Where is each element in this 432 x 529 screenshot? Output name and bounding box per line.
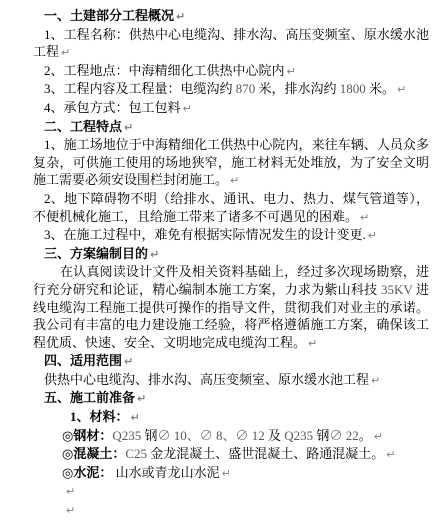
paragraph-project-scope-text: 3、工程内容及工程量：电缆沟约 bbox=[44, 81, 236, 96]
paragraph-project-scope: 3、工程内容及工程量：电缆沟约 870 米，排水沟约 1800 米。↵ bbox=[33, 80, 429, 99]
bullet-steel-text: 。 bbox=[359, 428, 372, 443]
paragraph-mark-icon: ↵ bbox=[220, 467, 231, 480]
bullet-steel: ◎钢材：Q235 钢∅ 10、∅ 8、∅ 12 及 Q235 钢∅ 22。↵ bbox=[33, 427, 429, 446]
paragraph-contract-mode: 4、承包方式：包工包料↵ bbox=[33, 99, 429, 118]
paragraph-feature-2: 2、地下障碍物不明（给排水、通讯、电力、热力、煤气管道等），不便机械化施工，且给… bbox=[33, 190, 429, 226]
paragraph-project-location-text: 2、工程地点：中海精细化工供热中心院内 bbox=[44, 63, 285, 78]
bullet-cement: ◎水泥： 山水或青龙山水泥↵ bbox=[33, 464, 429, 483]
quantity-drain-trench: 1800 bbox=[340, 81, 366, 96]
paragraph-mark-icon: ↵ bbox=[59, 46, 70, 59]
bullet-concrete-label: ◎混凝土： bbox=[62, 446, 125, 461]
paragraph-mark-icon: ↵ bbox=[285, 65, 296, 78]
bullet-steel-text: 钢 bbox=[141, 428, 157, 443]
heading-section-4-text: 四、适用范围 bbox=[44, 353, 122, 368]
heading-section-1-text: 一、土建部分工程概况 bbox=[44, 8, 174, 23]
paragraph-mark-icon: ↵ bbox=[122, 355, 133, 368]
subheading-materials: 1、材料：↵ bbox=[33, 408, 429, 427]
paragraph-mark-icon: ↵ bbox=[64, 504, 75, 517]
empty-paragraph: ↵ bbox=[33, 501, 429, 520]
steel-diameter: ∅ 22 bbox=[329, 428, 358, 443]
heading-section-2-text: 二、工程特点 bbox=[44, 119, 122, 134]
voltage-value: 35KV bbox=[381, 282, 413, 297]
bullet-concrete-text: 金龙混凝土、盛世混凝土、路通混凝土。 bbox=[147, 446, 384, 461]
paragraph-project-scope-text: 米。 bbox=[366, 81, 395, 96]
paragraph-feature-3: 3、在施工过程中，难免有根据实际情况发生的设计变更.↵ bbox=[33, 226, 429, 245]
paragraph-mark-icon: ↵ bbox=[358, 211, 369, 224]
paragraph-mark-icon: ↵ bbox=[366, 229, 377, 242]
paragraph-mark-icon: ↵ bbox=[369, 374, 380, 387]
paragraph-contract-mode-text: 4、承包方式：包工包料 bbox=[44, 100, 181, 115]
heading-section-5: 五、施工前准备↵ bbox=[33, 389, 429, 408]
concrete-grade: C25 bbox=[125, 446, 147, 461]
steel-diameters: ∅ 10、∅ 8、∅ 12 bbox=[158, 428, 265, 443]
heading-section-4: 四、适用范围↵ bbox=[33, 352, 429, 371]
paragraph-mark-icon: ↵ bbox=[148, 248, 159, 261]
paragraph-mark-icon: ↵ bbox=[174, 10, 185, 23]
paragraph-feature-3-text: 3、在施工过程中，难免有根据实际情况发生的设计变更. bbox=[44, 227, 366, 242]
paragraph-mark-icon: ↵ bbox=[306, 337, 317, 350]
heading-section-3-text: 三、方案编制目的 bbox=[44, 246, 148, 261]
paragraph-mark-icon: ↵ bbox=[372, 430, 383, 443]
paragraph-plan-purpose: 在认真阅读设计文件及相关资料基础上，经过多次现场勘察，进行充分研究和论证，精心编… bbox=[33, 263, 429, 352]
bullet-steel-text: 及 bbox=[265, 428, 285, 443]
paragraph-mark-icon: ↵ bbox=[129, 411, 140, 424]
paragraph-mark-icon: ↵ bbox=[395, 83, 406, 96]
steel-grade: Q235 bbox=[112, 428, 141, 443]
quantity-cable-trench: 870 bbox=[236, 81, 256, 96]
steel-grade: Q235 bbox=[284, 428, 313, 443]
subheading-materials-text: 1、材料： bbox=[70, 409, 129, 424]
paragraph-project-location: 2、工程地点：中海精细化工供热中心院内↵ bbox=[33, 62, 429, 81]
paragraph-mark-icon: ↵ bbox=[228, 174, 239, 187]
paragraph-mark-icon: ↵ bbox=[181, 102, 192, 115]
paragraph-project-name-text: 1、工程名称：供热中心电缆沟、排水沟、高压变频室、原水缓水池工程 bbox=[33, 27, 429, 60]
paragraph-mark-icon: ↵ bbox=[384, 448, 395, 461]
heading-section-3: 三、方案编制目的↵ bbox=[33, 245, 429, 264]
paragraph-mark-icon: ↵ bbox=[122, 121, 133, 134]
paragraph-mark-icon: ↵ bbox=[64, 485, 75, 498]
heading-section-1: 一、土建部分工程概况↵ bbox=[33, 7, 429, 26]
paragraph-applicable-scope-text: 供热中心电缆沟、排水沟、高压变频室、原水缓水池工程 bbox=[44, 372, 369, 387]
document-page: 一、土建部分工程概况↵ 1、工程名称：供热中心电缆沟、排水沟、高压变频室、原水缓… bbox=[0, 0, 432, 529]
paragraph-feature-2-text: 2、地下障碍物不明（给排水、通讯、电力、热力、煤气管道等），不便机械化施工，且给… bbox=[33, 191, 429, 224]
empty-paragraph: ↵ bbox=[33, 482, 429, 501]
paragraph-project-scope-text: 米，排水沟约 bbox=[255, 81, 340, 96]
bullet-steel-label: ◎钢材： bbox=[62, 428, 112, 443]
paragraph-project-name: 1、工程名称：供热中心电缆沟、排水沟、高压变频室、原水缓水池工程↵ bbox=[33, 26, 429, 62]
bullet-cement-text: 山水或青龙山水泥 bbox=[112, 465, 219, 480]
heading-section-5-text: 五、施工前准备 bbox=[44, 390, 135, 405]
paragraph-plan-purpose-text: 在认真阅读设计文件及相关资料基础上，经过多次现场勘察，进行充分研究和论证，精心编… bbox=[33, 264, 429, 297]
paragraph-applicable-scope: 供热中心电缆沟、排水沟、高压变频室、原水缓水池工程↵ bbox=[33, 371, 429, 390]
bullet-cement-label: ◎水泥： bbox=[62, 465, 112, 480]
paragraph-mark-icon: ↵ bbox=[135, 392, 146, 405]
paragraph-feature-1: 1、施工场地位于中海精细化工供热中心院内，来往车辆、人员众多复杂，可供施工使用的… bbox=[33, 136, 429, 190]
bullet-concrete: ◎混凝土：C25 金龙混凝土、盛世混凝土、路通混凝土。↵ bbox=[33, 445, 429, 464]
bullet-steel-text: 钢 bbox=[313, 428, 329, 443]
heading-section-2: 二、工程特点↵ bbox=[33, 118, 429, 137]
